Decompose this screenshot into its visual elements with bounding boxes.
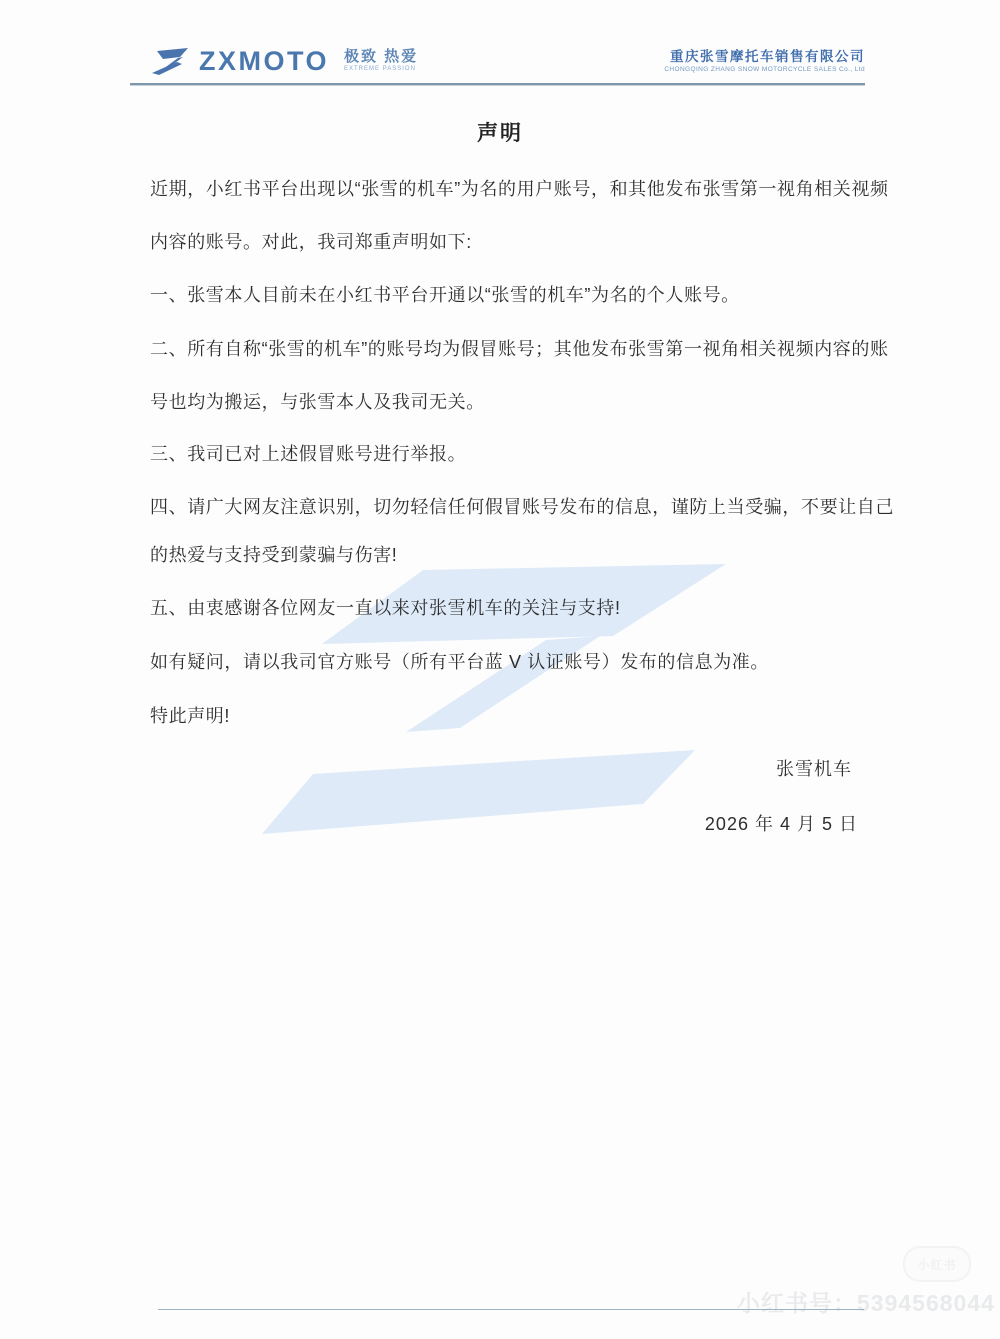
company-name-cn: 重庆张雪摩托车销售有限公司: [664, 48, 865, 65]
company-name-group: 重庆张雪摩托车销售有限公司 CHONGQING ZHANG SNOW MOTOR…: [664, 48, 865, 74]
footer-divider: [158, 1309, 864, 1310]
statement-page: ZXMOTO 极致 热爱 EXTREME PASSION 重庆张雪摩托车销售有限…: [0, 0, 1000, 1339]
xiaohongshu-id-watermark: 小红书号：5394568044: [737, 1285, 995, 1318]
brand-wordmark: ZXMOTO: [199, 46, 329, 76]
brand-z-icon: [150, 46, 190, 76]
statement-line: 近期，小红书平台出现以“张雪的机车”为名的用户账号，和其他发布张雪第一视角相关视…: [150, 175, 889, 201]
statement-line: 内容的账号。对此，我司郑重声明如下:: [150, 228, 472, 254]
brand-tagline-cn: 极致 热爱: [344, 49, 418, 65]
statement-line: 五、由衷感谢各位网友一直以来对张雪机车的关注与支持!: [150, 594, 621, 620]
statement-title: 声明: [0, 117, 1000, 147]
statement-line: 三、我司已对上述假冒账号进行举报。: [150, 440, 466, 466]
signature: 张雪机车: [776, 755, 852, 781]
statement-line: 如有疑问，请以我司官方账号（所有平台蓝 V 认证账号）发布的信息为准。: [150, 648, 769, 674]
company-name-en: CHONGQING ZHANG SNOW MOTORCYCLE SALES Co…: [664, 65, 865, 74]
brand-tagline: 极致 热爱 EXTREME PASSION: [344, 49, 418, 73]
statement-line: 二、所有自称“张雪的机车”的账号均为假冒账号；其他发布张雪第一视角相关视频内容的…: [150, 335, 889, 361]
brand-logo-group: ZXMOTO 极致 热爱 EXTREME PASSION: [150, 46, 418, 76]
statement-date: 2026 年 4 月 5 日: [705, 810, 858, 836]
brand-tagline-en: EXTREME PASSION: [344, 65, 418, 73]
statement-line: 四、请广大网友注意识别，切勿轻信任何假冒账号发布的信息，谨防上当受骗，不要让自己: [150, 493, 894, 519]
statement-line: 特此声明!: [150, 702, 230, 728]
statement-line: 一、张雪本人目前未在小红书平台开通以“张雪的机车”为名的个人账号。: [150, 281, 740, 307]
statement-line: 号也均为搬运，与张雪本人及我司无关。: [150, 388, 485, 414]
letterhead: ZXMOTO 极致 热爱 EXTREME PASSION 重庆张雪摩托车销售有限…: [150, 46, 865, 86]
header-divider: [130, 83, 865, 86]
xiaohongshu-logo-text: 小红书: [917, 1256, 956, 1273]
statement-line: 的热爱与支持受到蒙骗与伤害!: [150, 541, 397, 567]
xiaohongshu-logo-watermark: 小红书: [903, 1246, 971, 1282]
